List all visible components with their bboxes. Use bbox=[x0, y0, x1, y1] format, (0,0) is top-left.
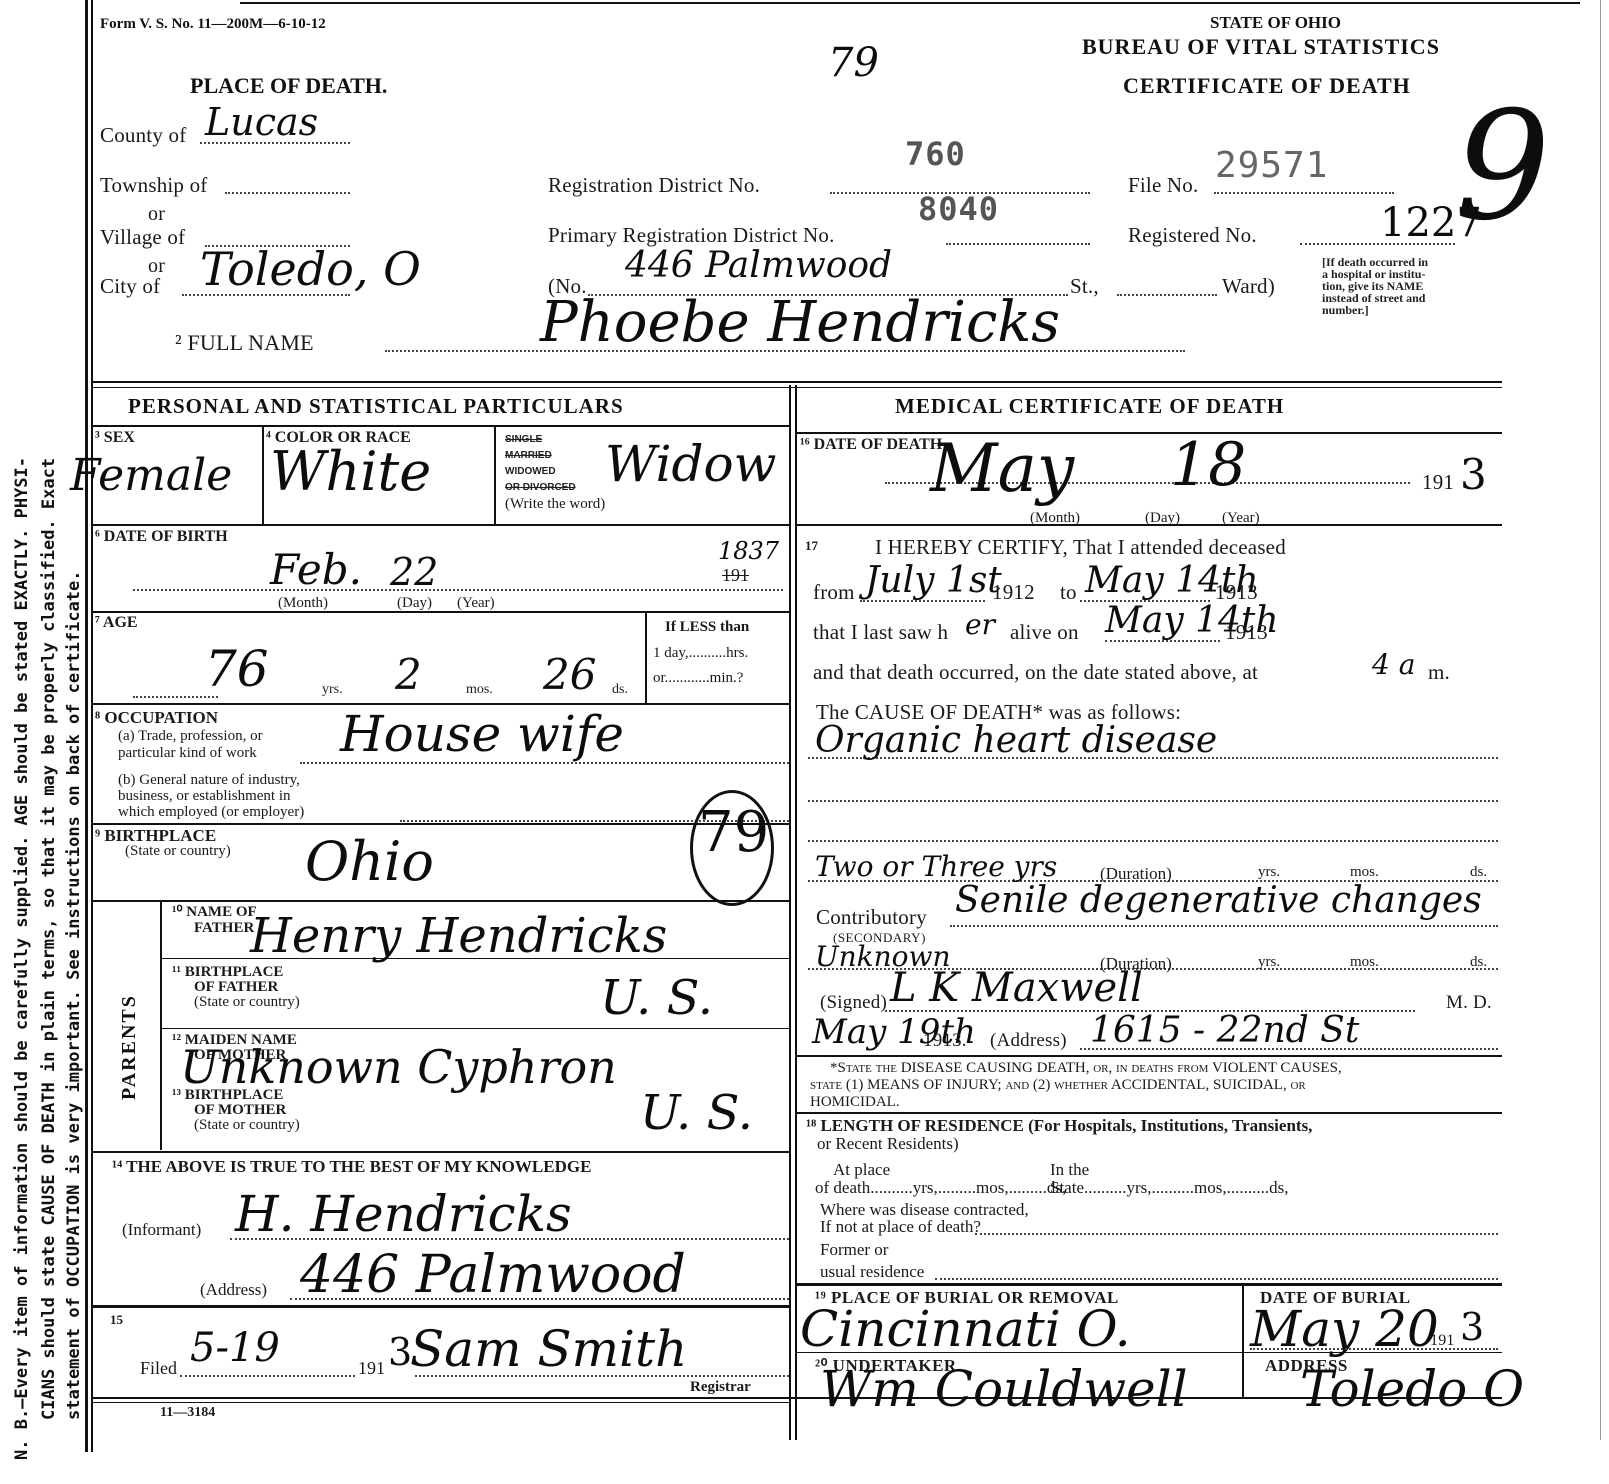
primary-registration-value: 8040 bbox=[918, 190, 999, 228]
age-label: ⁷ AGE bbox=[95, 614, 138, 632]
dod-day: 18 bbox=[1170, 430, 1246, 500]
full-name-label: ² FULL NAME bbox=[175, 330, 314, 356]
certify-statement: I HEREBY CERTIFY, That I attended deceas… bbox=[875, 535, 1286, 560]
top-border bbox=[240, 2, 1580, 4]
where-contracted-2: If not at place of death? bbox=[820, 1217, 981, 1237]
informant-value: H. Hendricks bbox=[235, 1185, 572, 1243]
marital-options: SINGLE MARRIED WIDOWED OR DIVORCED bbox=[505, 432, 576, 496]
occupation-b-hint: (b) General nature of industry, business… bbox=[118, 772, 304, 820]
dob-month-caption: (Month) bbox=[278, 595, 328, 612]
marital-single: SINGLE bbox=[505, 432, 576, 448]
occupation-label: ⁸ OCCUPATION bbox=[95, 708, 218, 728]
undertaker-address-value: Toledo O bbox=[1300, 1360, 1524, 1418]
attended-from-label: from bbox=[813, 580, 855, 605]
cause-duration-value: Two or Three yrs bbox=[815, 850, 1057, 883]
burial-place-value: Cincinnati O. bbox=[800, 1300, 1131, 1358]
burial-year: 3 bbox=[1460, 1305, 1484, 1349]
place-of-death-residence: of death..........yrs,.........mos,.....… bbox=[815, 1178, 1066, 1198]
margin-note-line-3: statement of OCCUPATION is very importan… bbox=[64, 571, 84, 1421]
medical-heading: MEDICAL CERTIFICATE OF DEATH bbox=[895, 394, 1284, 419]
occupation-value: House wife bbox=[340, 705, 624, 763]
birthplace-sub: (State or country) bbox=[125, 843, 231, 860]
certificate-title: CERTIFICATE OF DEATH bbox=[1123, 73, 1411, 99]
informant-heading: ¹⁴ THE ABOVE IS TRUE TO THE BEST OF MY K… bbox=[112, 1157, 591, 1177]
md-label: M. D. bbox=[1446, 992, 1492, 1014]
age-ds-unit: ds. bbox=[612, 682, 628, 698]
form-number: Form V. S. No. 11—200M—6-10-12 bbox=[100, 16, 326, 33]
residence-heading-2: or Recent Residents) bbox=[817, 1134, 959, 1154]
death-time: 4 a bbox=[1372, 648, 1415, 681]
marital-widowed: WIDOWED bbox=[505, 464, 576, 480]
race-value: White bbox=[270, 440, 431, 503]
physician-address-value: 1615 - 22nd St bbox=[1090, 1010, 1359, 1051]
registration-district-label: Registration District No. bbox=[548, 173, 760, 198]
st-label: St., bbox=[1070, 274, 1099, 299]
dob-day-caption: (Day) bbox=[397, 595, 432, 612]
dod-year: 3 bbox=[1460, 450, 1487, 499]
alive-on-label: alive on bbox=[1010, 620, 1079, 645]
cause-duration-yrs: yrs. bbox=[1258, 864, 1280, 881]
in-the-label: In the bbox=[1050, 1160, 1089, 1180]
dob-label: ⁶ DATE OF BIRTH bbox=[95, 528, 228, 546]
father-birthplace-value: U. S. bbox=[600, 970, 713, 1026]
or-1: or bbox=[148, 203, 165, 226]
informant-address-value: 446 Palmwood bbox=[300, 1245, 686, 1305]
county-label: County of bbox=[100, 123, 186, 148]
less-than-line-1: If LESS than bbox=[665, 619, 749, 636]
bureau-name: BUREAU OF VITAL STATISTICS bbox=[1082, 34, 1440, 60]
filed-value: 5-19 bbox=[190, 1325, 280, 1371]
marital-married: MARRIED bbox=[505, 448, 576, 464]
marital-write-hint: (Write the word) bbox=[505, 496, 605, 513]
burial-year-prefix: 191 bbox=[1430, 1332, 1455, 1350]
age-mos-unit: mos. bbox=[466, 682, 493, 698]
registration-district-value: 760 bbox=[905, 135, 966, 173]
margin-note-line-1: N. B.—Every item of information should b… bbox=[12, 457, 32, 1460]
registered-no-value: 1227 bbox=[1380, 200, 1482, 246]
file-no-label: File No. bbox=[1128, 173, 1198, 198]
filed-label: Filed bbox=[140, 1358, 177, 1379]
registrar-label: Registrar bbox=[690, 1379, 751, 1396]
former-residence-1: Former or bbox=[820, 1240, 888, 1260]
contributory-duration-ds: ds. bbox=[1470, 954, 1487, 971]
file-no-value: 29571 bbox=[1215, 145, 1328, 186]
marital-value: Widow bbox=[605, 435, 776, 493]
at-place-label: At place bbox=[833, 1160, 890, 1180]
age-days: 26 bbox=[543, 650, 596, 699]
occupation-a-hint: (a) Trade, profession, or particular kin… bbox=[118, 728, 263, 762]
signed-year: 1913. bbox=[923, 1030, 967, 1052]
city-value: Toledo, O bbox=[200, 242, 421, 296]
annotation-top: 79 bbox=[828, 40, 879, 86]
birthplace-value: Ohio bbox=[305, 830, 434, 893]
township-label: Township of bbox=[100, 173, 207, 198]
item-17: 17 bbox=[805, 538, 818, 554]
attended-from-year: 1912 bbox=[992, 580, 1035, 605]
age-months: 2 bbox=[395, 650, 422, 699]
informant-label: (Informant) bbox=[122, 1220, 201, 1240]
state-name: STATE OF OHIO bbox=[1210, 13, 1341, 33]
death-occurred-label: and that death occurred, on the date sta… bbox=[813, 660, 1258, 685]
ward-label: Ward) bbox=[1222, 274, 1275, 299]
village-label: Village of bbox=[100, 225, 185, 250]
cause-duration-ds: ds. bbox=[1470, 864, 1487, 881]
father-name-value: Henry Hendricks bbox=[250, 908, 667, 964]
city-label: City of bbox=[100, 274, 160, 299]
county-value: Lucas bbox=[205, 100, 318, 144]
contributory-duration-mos: mos. bbox=[1350, 954, 1379, 971]
attended-from-value: July 1st bbox=[865, 560, 1002, 601]
age-yrs-unit: yrs. bbox=[322, 682, 343, 698]
personal-heading: PERSONAL AND STATISTICAL PARTICULARS bbox=[128, 394, 624, 419]
age-years: 76 bbox=[205, 640, 269, 698]
last-saw-label: that I last saw h bbox=[813, 620, 948, 645]
contributory-value: Senile degenerative changes bbox=[955, 880, 1482, 921]
cause-footnote: *State the DISEASE CAUSING DEATH, or, in… bbox=[810, 1060, 1342, 1111]
circled-annotation-text: 79 bbox=[698, 800, 769, 865]
dob-month: Feb. bbox=[270, 545, 362, 594]
former-residence-2: usual residence bbox=[820, 1262, 924, 1282]
father-birthplace-label: ¹¹ BIRTHPLACE OF FATHER (State or countr… bbox=[172, 965, 300, 1010]
informant-address-label: (Address) bbox=[200, 1280, 267, 1300]
dod-label: ¹⁶ DATE OF DEATH bbox=[800, 436, 942, 454]
dob-year-printed: 191 bbox=[722, 565, 749, 586]
sex-label: ³ SEX bbox=[95, 429, 135, 447]
physician-signature: L K Maxwell bbox=[890, 965, 1143, 1011]
contributory-label: Contributory bbox=[816, 905, 927, 930]
signed-label: (Signed) bbox=[820, 992, 887, 1014]
less-than-line-2: 1 day,..........hrs. bbox=[653, 645, 748, 662]
street-value: 446 Palmwood bbox=[625, 245, 892, 286]
dob-day: 22 bbox=[390, 550, 438, 594]
dod-month: May bbox=[930, 430, 1074, 507]
filed-year-prefix: 191 bbox=[358, 1358, 385, 1379]
dod-year-prefix: 191 bbox=[1422, 470, 1454, 495]
filed-year: 3 bbox=[388, 1330, 412, 1374]
last-saw-pronoun: er bbox=[965, 608, 995, 641]
parents-vertical-label: PARENTS bbox=[118, 994, 141, 1100]
item-15: 15 bbox=[110, 1312, 123, 1328]
left-border-double-2 bbox=[91, 0, 93, 1452]
registered-no-label: Registered No. bbox=[1128, 223, 1257, 248]
state-residence: State..........yrs,..........mos,.......… bbox=[1050, 1178, 1288, 1198]
undertaker-value: Wm Couldwell bbox=[820, 1360, 1188, 1418]
dob-year: 1837 bbox=[718, 537, 779, 565]
death-time-suffix: m. bbox=[1428, 660, 1450, 685]
column-divider bbox=[789, 385, 791, 1440]
mother-name-value: Unknown Cyphron bbox=[180, 1040, 617, 1094]
less-than-line-3: or............min.? bbox=[653, 670, 743, 687]
cause-duration-mos: mos. bbox=[1350, 864, 1379, 881]
contributory-duration-yrs: yrs. bbox=[1258, 954, 1280, 971]
form-code: 11—3184 bbox=[160, 1405, 215, 1421]
mother-birthplace-label: ¹³ BIRTHPLACE OF MOTHER (State or countr… bbox=[172, 1088, 300, 1133]
physician-address-label: (Address) bbox=[990, 1030, 1067, 1052]
residence-heading: ¹⁸ LENGTH OF RESIDENCE (For Hospitals, I… bbox=[806, 1116, 1312, 1136]
full-name-value: Phoebe Hendricks bbox=[540, 290, 1060, 355]
father-name-label: ¹⁰ NAME OF FATHER bbox=[172, 904, 257, 936]
last-saw-year: 1913 bbox=[1225, 620, 1268, 645]
dob-year-caption: (Year) bbox=[457, 595, 495, 612]
cause-value: Organic heart disease bbox=[815, 720, 1217, 761]
registrar-signature: Sam Smith bbox=[410, 1320, 687, 1378]
sex-value: Female bbox=[70, 450, 232, 501]
place-of-death-heading: PLACE OF DEATH. bbox=[190, 73, 387, 99]
attended-to-label: to bbox=[1060, 580, 1077, 605]
marital-divorced: OR DIVORCED bbox=[505, 480, 576, 496]
margin-note-line-2: CIANS should state CAUSE OF DEATH in pla… bbox=[39, 458, 59, 1420]
hospital-note: [If death occurred in a hospital or inst… bbox=[1322, 256, 1428, 316]
right-border bbox=[1600, 0, 1601, 1440]
left-border-double-1 bbox=[85, 0, 88, 1452]
mother-birthplace-value: U. S. bbox=[640, 1085, 753, 1141]
